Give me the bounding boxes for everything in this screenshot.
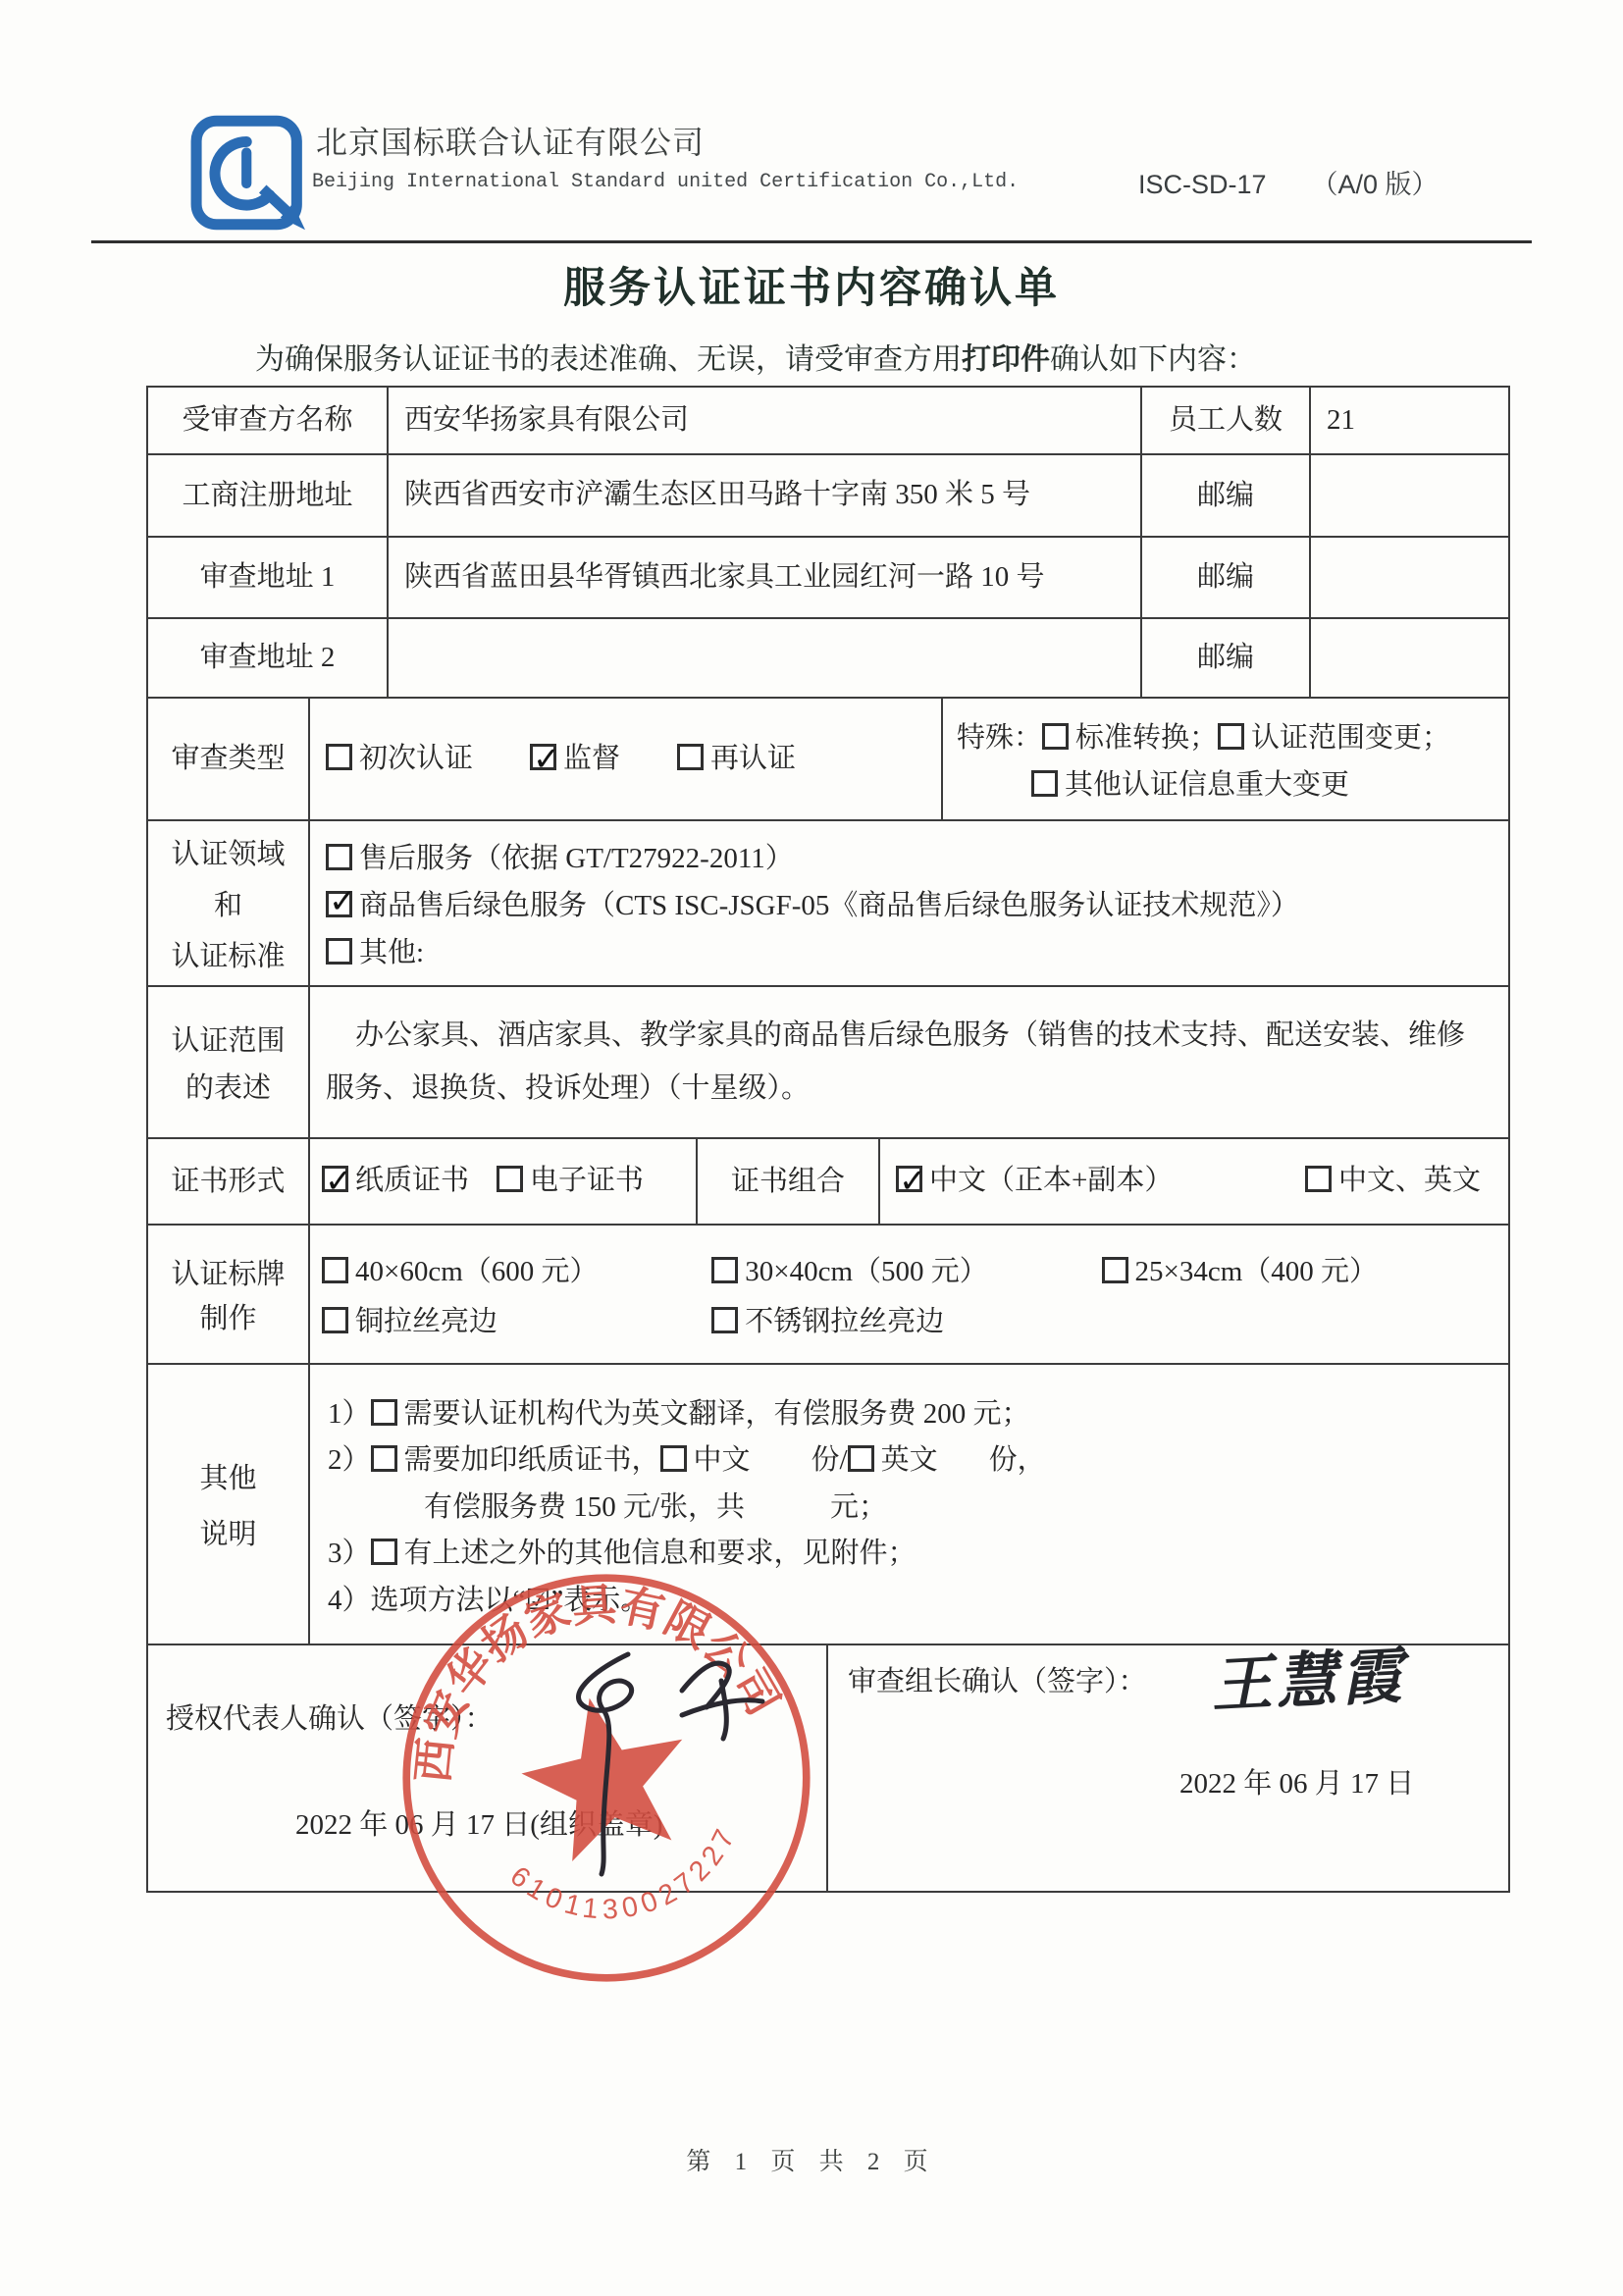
checkbox-extra-chinese[interactable] [660, 1445, 687, 1472]
option-copper-edge: 铜拉丝亮边 [322, 1299, 705, 1339]
form-title: 服务认证证书内容确认单 [0, 255, 1623, 315]
option-label: 需要加印纸质证书， [404, 1444, 660, 1476]
checkbox-standard-transfer[interactable] [1042, 723, 1069, 750]
label-line: 的表述 [185, 1066, 271, 1106]
option-after-sales-service: 售后服务（依据 GT/T27922-2011） [326, 836, 794, 876]
audit-address-1-value: 陕西省蓝田县华胥镇西北家具工业园红河一路 10 号 [389, 538, 1142, 617]
checkbox-after-sales-service[interactable] [326, 844, 352, 870]
certificate-form-options: 纸质证书 电子证书 [310, 1139, 698, 1224]
option-label: 电子证书 [530, 1165, 644, 1196]
staff-count-value: 21 [1311, 388, 1508, 453]
row-certification-scope: 认证范围 的表述 办公家具、酒店家具、教学家具的商品售后绿色服务（销售的技术支持… [148, 987, 1508, 1139]
doc-code-number: ISC-SD-17 [1138, 170, 1267, 199]
audit-address-1-label: 审查地址 1 [148, 538, 389, 617]
other-notes-label: 其他 说明 [148, 1365, 310, 1644]
label-line: 认证范围 [171, 1018, 285, 1059]
option-label: 标准转换； [1075, 722, 1218, 754]
audit-address-1-text: 陕西省蓝田县华胥镇西北家具工业园红河一路 10 号 [404, 556, 1045, 600]
row-certification-field: 认证领域 和 认证标准 售后服务（依据 GT/T27922-2011） 商品售后… [148, 821, 1508, 987]
checkbox-stainless-edge[interactable] [711, 1307, 738, 1333]
option-label: 再认证 [710, 743, 796, 774]
audit-address-2-value-field[interactable] [389, 619, 1142, 697]
audit-team-leader-signature: 王慧霞 [1209, 1645, 1407, 1724]
option-electronic-certificate: 电子证书 [497, 1160, 644, 1203]
checkbox-chinese-original-duplicate[interactable] [896, 1166, 922, 1192]
option-scope-change: 认证范围变更； [1218, 722, 1450, 754]
checkbox-english-translation[interactable] [371, 1399, 397, 1426]
checkbox-electronic-certificate[interactable] [497, 1166, 523, 1192]
text-fragment: 份， [989, 1444, 1046, 1476]
option-label: 其他: [359, 937, 424, 968]
audit-team-leader-cell: 审查组长确认（签字）： 王慧霞 2022 年 06 月 17 日 [828, 1645, 1508, 1891]
checkbox-recertification[interactable] [677, 744, 704, 770]
audit-team-leader-label: 审查组长确认（签字）： [848, 1659, 1147, 1699]
other-note-1: 1）需要认证机构代为英文翻译，有偿服务费 200 元； [328, 1391, 1030, 1432]
auditee-label: 受审查方名称 [148, 388, 389, 453]
zip-value-field[interactable] [1311, 538, 1508, 617]
special-line-2: 其他认证信息重大变更 [1031, 762, 1349, 803]
row-registered-address: 工商注册地址 陕西省西安市浐灞生态区田马路十字南 350 米 5 号 邮编 [148, 455, 1508, 538]
option-green-after-sales-service: 商品售后绿色服务（CTS ISC-JSGF-05《商品售后绿色服务认证技术规范》… [326, 883, 1299, 923]
audit-type-options: 初次认证 监督 再认证 [310, 699, 943, 819]
authorized-representative-handwritten-signature [535, 1637, 800, 1892]
option-recertification: 再认证 [677, 738, 796, 781]
option-standard-transfer: 标准转换； [1042, 722, 1218, 754]
option-label: 认证范围变更； [1251, 722, 1450, 754]
label-line: 认证标牌 [171, 1252, 285, 1292]
option-size-25x34: 25×34cm（400 元） [1102, 1256, 1379, 1287]
doc-version: （A/0 版） [1312, 170, 1439, 199]
option-other-standard: 其他: [326, 930, 424, 970]
audit-team-leader-date: 2022 年 06 月 17 日 [1179, 1761, 1414, 1801]
row-certificate-form: 证书形式 纸质证书 电子证书 证书组合 中文（正本+副本） 中文、英文 [148, 1139, 1508, 1226]
row-auditee: 受审查方名称 西安华扬家具有限公司 员工人数 21 [148, 388, 1508, 455]
row-signatures: 授权代表人确认（签字）： 2022 年 06 月 17 日(组织盖章) 审查组长… [148, 1645, 1508, 1891]
option-other-major-change: 其他认证信息重大变更 [1031, 769, 1349, 801]
row-audit-address-1: 审查地址 1 陕西省蓝田县华胥镇西北家具工业园红河一路 10 号 邮编 [148, 538, 1508, 619]
option-label: 中文、英文 [1338, 1165, 1481, 1196]
plaque-options: 40×60cm（600 元） 30×40cm（500 元） 25×34cm（40… [310, 1226, 1508, 1363]
certificate-combo-options: 中文（正本+副本） 中文、英文 [880, 1139, 1508, 1224]
intro-prefix: 为确保服务认证证书的表述准确、无误，请受审查方用 [255, 343, 962, 376]
registered-address-label: 工商注册地址 [148, 455, 389, 536]
scanned-form-page: 北京国标联合认证有限公司 Beijing International Stand… [0, 0, 1623, 2296]
company-logo-icon [189, 112, 305, 234]
option-label: 售后服务（依据 GT/T27922-2011） [359, 843, 794, 874]
option-size-30x40: 30×40cm（500 元） [711, 1249, 1094, 1289]
confirmation-form-table: 受审查方名称 西安华扬家具有限公司 员工人数 21 工商注册地址 陕西省西安市浐… [146, 386, 1510, 1893]
auditee-value: 西安华扬家具有限公司 [389, 388, 1142, 453]
option-label: 英文 [881, 1444, 938, 1476]
zip-label: 邮编 [1142, 619, 1311, 697]
option-chinese-english: 中文、英文 [1305, 1160, 1481, 1203]
other-note-2-line-2: 有偿服务费 150 元/张，共 元； [424, 1485, 887, 1525]
row-plaque: 认证标牌 制作 40×60cm（600 元） 30×40cm（500 元） 25… [148, 1226, 1508, 1365]
special-line-1: 特殊：标准转换；认证范围变更； [957, 715, 1450, 756]
checkbox-size-30x40[interactable] [711, 1257, 738, 1283]
option-chinese-original-duplicate: 中文（正本+副本） [896, 1160, 1173, 1203]
registered-address-value: 陕西省西安市浐灞生态区田马路十字南 350 米 5 号 [389, 455, 1142, 536]
intro-suffix: 确认如下内容： [1050, 343, 1256, 376]
option-stainless-edge: 不锈钢拉丝亮边 [711, 1306, 944, 1337]
header-divider [91, 240, 1532, 243]
page-number: 第 1 页 共 2 页 [0, 2142, 1623, 2177]
checkbox-scope-change[interactable] [1218, 723, 1244, 750]
label-line: 和 [214, 883, 242, 923]
intro-emphasis: 打印件 [962, 343, 1050, 376]
document-code: ISC-SD-17（A/0 版） [1138, 163, 1439, 201]
checkbox-initial-certification[interactable] [326, 744, 352, 770]
plaque-edge-line: 铜拉丝亮边 不锈钢拉丝亮边 [322, 1299, 944, 1339]
checkbox-green-after-sales-service[interactable] [326, 891, 352, 917]
audit-type-label: 审查类型 [148, 699, 310, 819]
checkbox-extra-paper-certificates[interactable] [371, 1445, 397, 1472]
checkbox-size-40x60[interactable] [322, 1257, 348, 1283]
zip-label: 邮编 [1142, 538, 1311, 617]
label-line: 制作 [199, 1296, 256, 1336]
label-line: 认证标准 [171, 934, 285, 974]
item-number: 1） [328, 1398, 371, 1430]
row-other-notes: 其他 说明 1）需要认证机构代为英文翻译，有偿服务费 200 元； 2）需要加印… [148, 1365, 1508, 1645]
audit-address-2-label: 审查地址 2 [148, 619, 389, 697]
company-name-cn: 北京国标联合认证有限公司 [316, 118, 705, 163]
item-number: 4） [328, 1585, 371, 1616]
checkbox-paper-certificate[interactable] [322, 1166, 348, 1192]
row-audit-address-2: 审查地址 2 邮编 [148, 619, 1508, 699]
plaque-size-line: 40×60cm（600 元） 30×40cm（500 元） 25×34cm（40… [322, 1249, 1378, 1289]
checkbox-size-25x34[interactable] [1102, 1257, 1128, 1283]
option-label: 其他认证信息重大变更 [1065, 769, 1349, 801]
option-label: 铜拉丝亮边 [355, 1306, 497, 1337]
option-label: 纸质证书 [355, 1165, 469, 1196]
item-number: 3） [328, 1538, 371, 1569]
checkbox-chinese-english[interactable] [1305, 1166, 1332, 1192]
option-label: 中文 [694, 1444, 751, 1476]
certificate-combo-label: 证书组合 [698, 1139, 880, 1224]
option-label: 监督 [563, 743, 620, 774]
plaque-label: 认证标牌 制作 [148, 1226, 310, 1363]
audit-type-special: 特殊：标准转换；认证范围变更； 其他认证信息重大变更 [943, 699, 1508, 819]
option-label: 40×60cm（600 元） [355, 1256, 599, 1287]
label-line: 认证领域 [171, 832, 285, 872]
checkbox-extra-english[interactable] [848, 1445, 874, 1472]
option-label: 商品售后绿色服务（CTS ISC-JSGF-05《商品售后绿色服务认证技术规范》… [359, 890, 1299, 921]
checkbox-other-standard[interactable] [326, 938, 352, 965]
checkbox-other-major-change[interactable] [1031, 770, 1058, 797]
option-paper-certificate: 纸质证书 [322, 1160, 469, 1203]
row-audit-type: 审查类型 初次认证 监督 再认证 特殊：标准转换；认证范围变更； 其他认证信息重… [148, 699, 1508, 821]
checkbox-copper-edge[interactable] [322, 1307, 348, 1333]
zip-value-field[interactable] [1311, 619, 1508, 697]
label-line: 其他 [199, 1456, 256, 1496]
intro-sentence: 为确保服务认证证书的表述准确、无误，请受审查方用打印件确认如下内容： [255, 335, 1256, 378]
zip-value-field[interactable] [1311, 455, 1508, 536]
option-label: 不锈钢拉丝亮边 [745, 1306, 944, 1337]
certificate-form-label: 证书形式 [148, 1139, 310, 1224]
label-line: 说明 [199, 1512, 256, 1552]
option-label: 需要认证机构代为英文翻译，有偿服务费 200 元； [404, 1398, 1030, 1430]
staff-count-label: 员工人数 [1142, 388, 1311, 453]
certification-scope-label: 认证范围 的表述 [148, 987, 310, 1137]
certification-scope-text: 办公家具、酒店家具、教学家具的商品售后绿色服务（销售的技术支持、配送安装、维修服… [310, 987, 1508, 1137]
special-prefix: 特殊： [957, 722, 1042, 754]
company-name-en: Beijing International Standard united Ce… [312, 171, 1019, 193]
certification-field-label: 认证领域 和 认证标准 [148, 821, 310, 985]
certification-field-options: 售后服务（依据 GT/T27922-2011） 商品售后绿色服务（CTS ISC… [310, 821, 1508, 985]
option-surveillance: 监督 [530, 738, 620, 781]
option-size-40x60: 40×60cm（600 元） [322, 1249, 705, 1289]
option-label: 中文（正本+副本） [929, 1165, 1173, 1196]
item-number: 2） [328, 1444, 371, 1476]
text-fragment: 份/ [811, 1444, 848, 1476]
other-note-2: 2）需要加印纸质证书，中文份/英文份， [328, 1437, 1046, 1478]
option-initial-certification: 初次认证 [326, 738, 473, 781]
checkbox-surveillance[interactable] [530, 744, 556, 770]
option-label: 初次认证 [359, 743, 473, 774]
zip-label: 邮编 [1142, 455, 1311, 536]
option-label: 30×40cm（500 元） [745, 1256, 988, 1287]
option-label: 25×34cm（400 元） [1135, 1256, 1379, 1287]
